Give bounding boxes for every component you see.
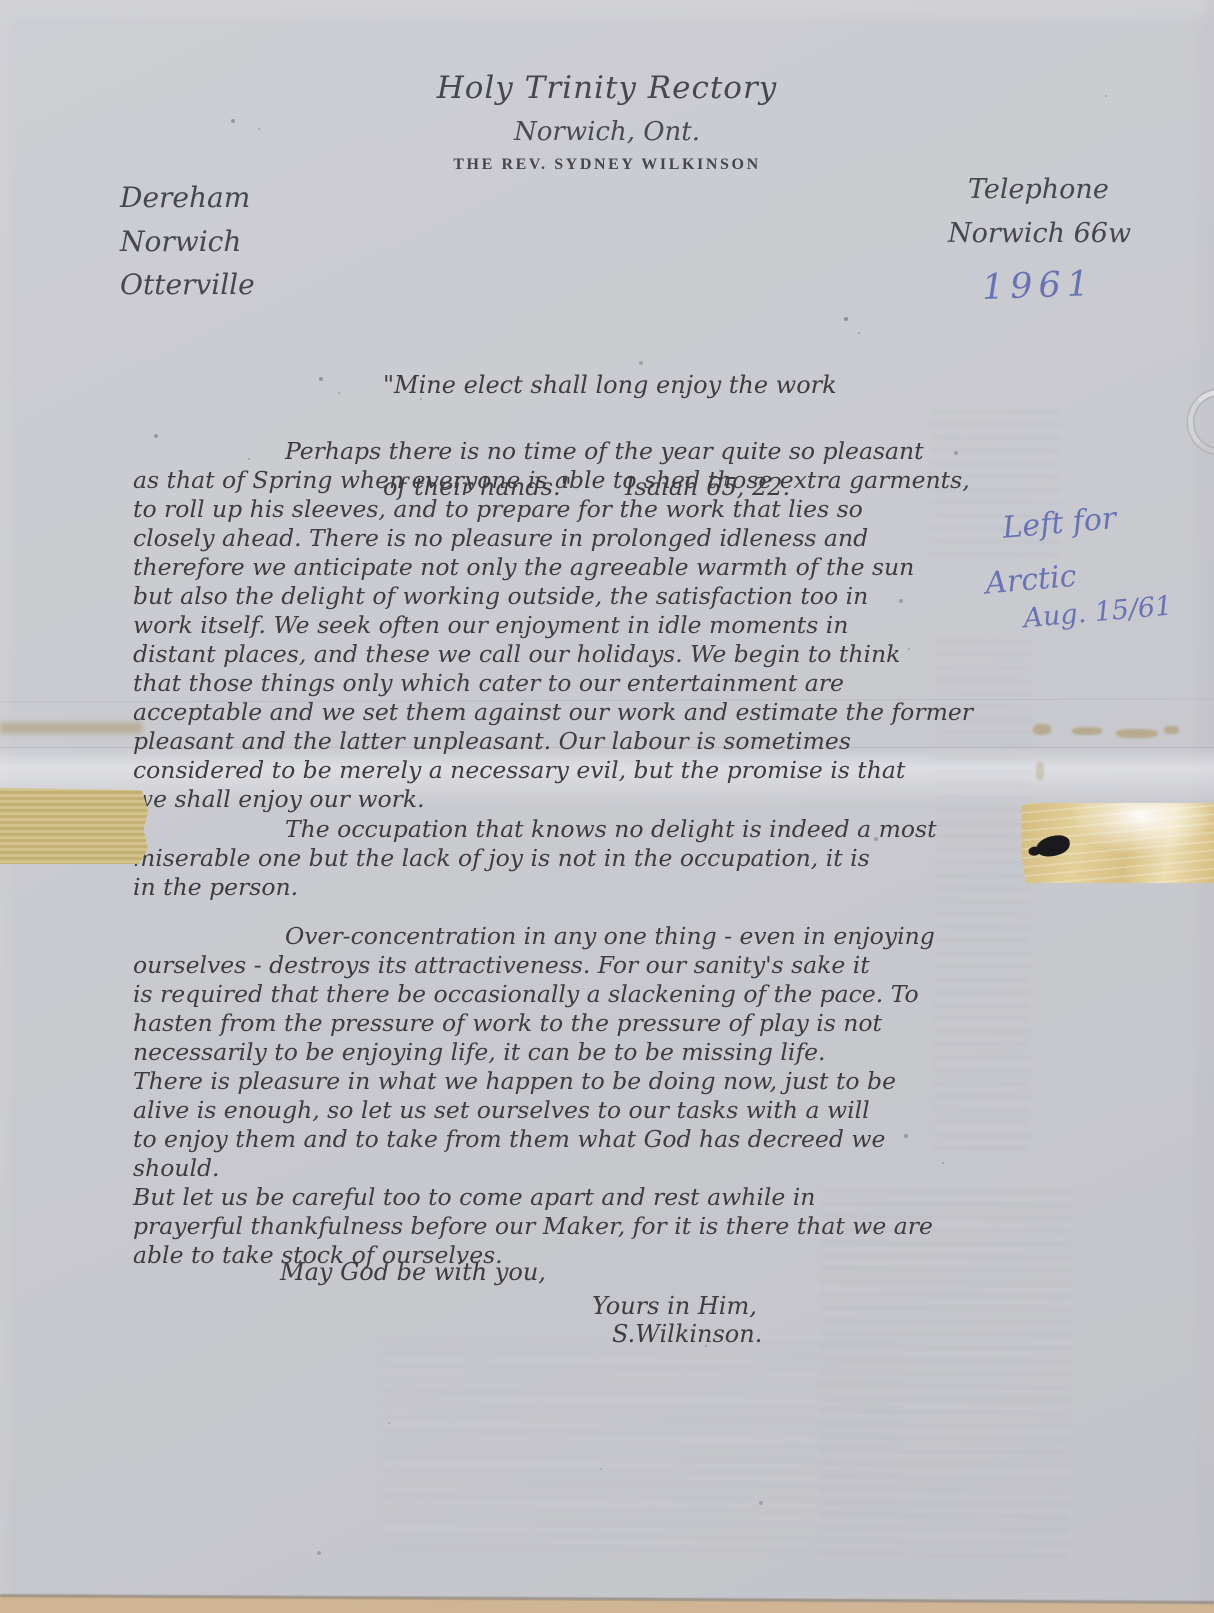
paper-speckles <box>0 0 2 2</box>
handwritten-line: miserable one but the lack of joy is not… <box>133 844 978 873</box>
handwritten-line: necessarily to be enjoying life, it can … <box>133 1038 978 1067</box>
signature: S.Wilkinson. <box>612 1320 762 1348</box>
bleed-through-text <box>379 1338 901 1562</box>
handwritten-line: The occupation that knows no delight is … <box>133 815 978 844</box>
tape-strip-left <box>0 788 148 864</box>
annotation-note-line: Arctic <box>984 559 1078 602</box>
annotation-year: 1961 <box>981 264 1095 308</box>
valediction: May God be with you, <box>280 1258 546 1286</box>
handwritten-line: closely ahead. There is no pleasure in p… <box>133 524 978 553</box>
handwritten-line: therefore we anticipate not only the agr… <box>133 553 978 582</box>
telephone-label: Telephone <box>968 174 1109 205</box>
handwritten-line: able to take stock of ourselves. <box>133 1241 978 1270</box>
quote-line: "Mine elect shall long enjoy the work <box>383 368 837 402</box>
annotation-left-for-arctic: Left for Arctic Aug. 15/61 <box>978 486 1211 665</box>
handwritten-line: alive is enough, so let us set ourselves… <box>133 1096 978 1125</box>
handwritten-line: work itself. We seek often our enjoyment… <box>133 611 978 640</box>
adhesive-stain <box>1072 727 1102 735</box>
handwritten-line: prayerful thankfulness before our Maker,… <box>133 1212 978 1241</box>
handwritten-line: distant places, and these we call our ho… <box>133 640 978 669</box>
annotation-note-line: Left for <box>1001 501 1118 546</box>
handwritten-line: considered to be merely a necessary evil… <box>133 756 978 785</box>
paragraph-2: The occupation that knows no delight is … <box>133 815 978 902</box>
adhesive-stain <box>1033 724 1051 735</box>
handwritten-line: but also the delight of working outside,… <box>133 582 978 611</box>
closing-yours-in-him: Yours in Him, <box>592 1292 757 1320</box>
handwritten-line: to enjoy them and to take from them what… <box>133 1125 978 1183</box>
telephone-number: Norwich 66w <box>948 218 1131 249</box>
scanned-letter-page: Holy Trinity Rectory Norwich, Ont. THE R… <box>0 0 1214 1613</box>
annotation-note-line: Aug. 15/61 <box>1022 590 1173 634</box>
adhesive-stain <box>1116 729 1158 738</box>
handwritten-line: But let us be careful too to come apart … <box>133 1183 978 1212</box>
letterhead-rector-name: THE REV. SYDNEY WILKINSON <box>0 156 1214 174</box>
parish-otterville: Otterville <box>120 268 255 301</box>
handwritten-line: to roll up his sleeves, and to prepare f… <box>133 495 978 524</box>
handwritten-line: ourselves - destroys its attractiveness.… <box>133 951 978 980</box>
handwritten-line: hasten from the pressure of work to the … <box>133 1009 978 1038</box>
adhesive-stain <box>1036 762 1044 780</box>
handwritten-line: is required that there be occasionally a… <box>133 980 978 1009</box>
letterhead-rectory-name: Holy Trinity Rectory <box>0 70 1214 106</box>
handwritten-line: in the person. <box>133 873 978 902</box>
handwritten-line: Over-concentration in any one thing - ev… <box>133 922 978 951</box>
handwritten-line: that those things only which cater to ou… <box>133 669 978 698</box>
handwritten-line: Perhaps there is no time of the year qui… <box>133 437 978 466</box>
adhesive-stain <box>1164 726 1179 734</box>
adhesive-stain <box>0 722 142 734</box>
handwritten-line: we shall enjoy our work. <box>133 785 978 814</box>
handwritten-line: as that of Spring when everyone is able … <box>133 466 978 495</box>
handwritten-line: acceptable and we set them against our w… <box>133 698 978 727</box>
handwritten-line: pleasant and the latter unpleasant. Our … <box>133 727 978 756</box>
parish-dereham: Dereham <box>120 181 250 214</box>
handwritten-line: There is pleasure in what we happen to b… <box>133 1067 978 1096</box>
parish-norwich: Norwich <box>120 225 241 258</box>
letterhead-city: Norwich, Ont. <box>0 117 1214 147</box>
paragraph-1: Perhaps there is no time of the year qui… <box>133 437 978 814</box>
paragraph-3: Over-concentration in any one thing - ev… <box>133 922 978 1270</box>
